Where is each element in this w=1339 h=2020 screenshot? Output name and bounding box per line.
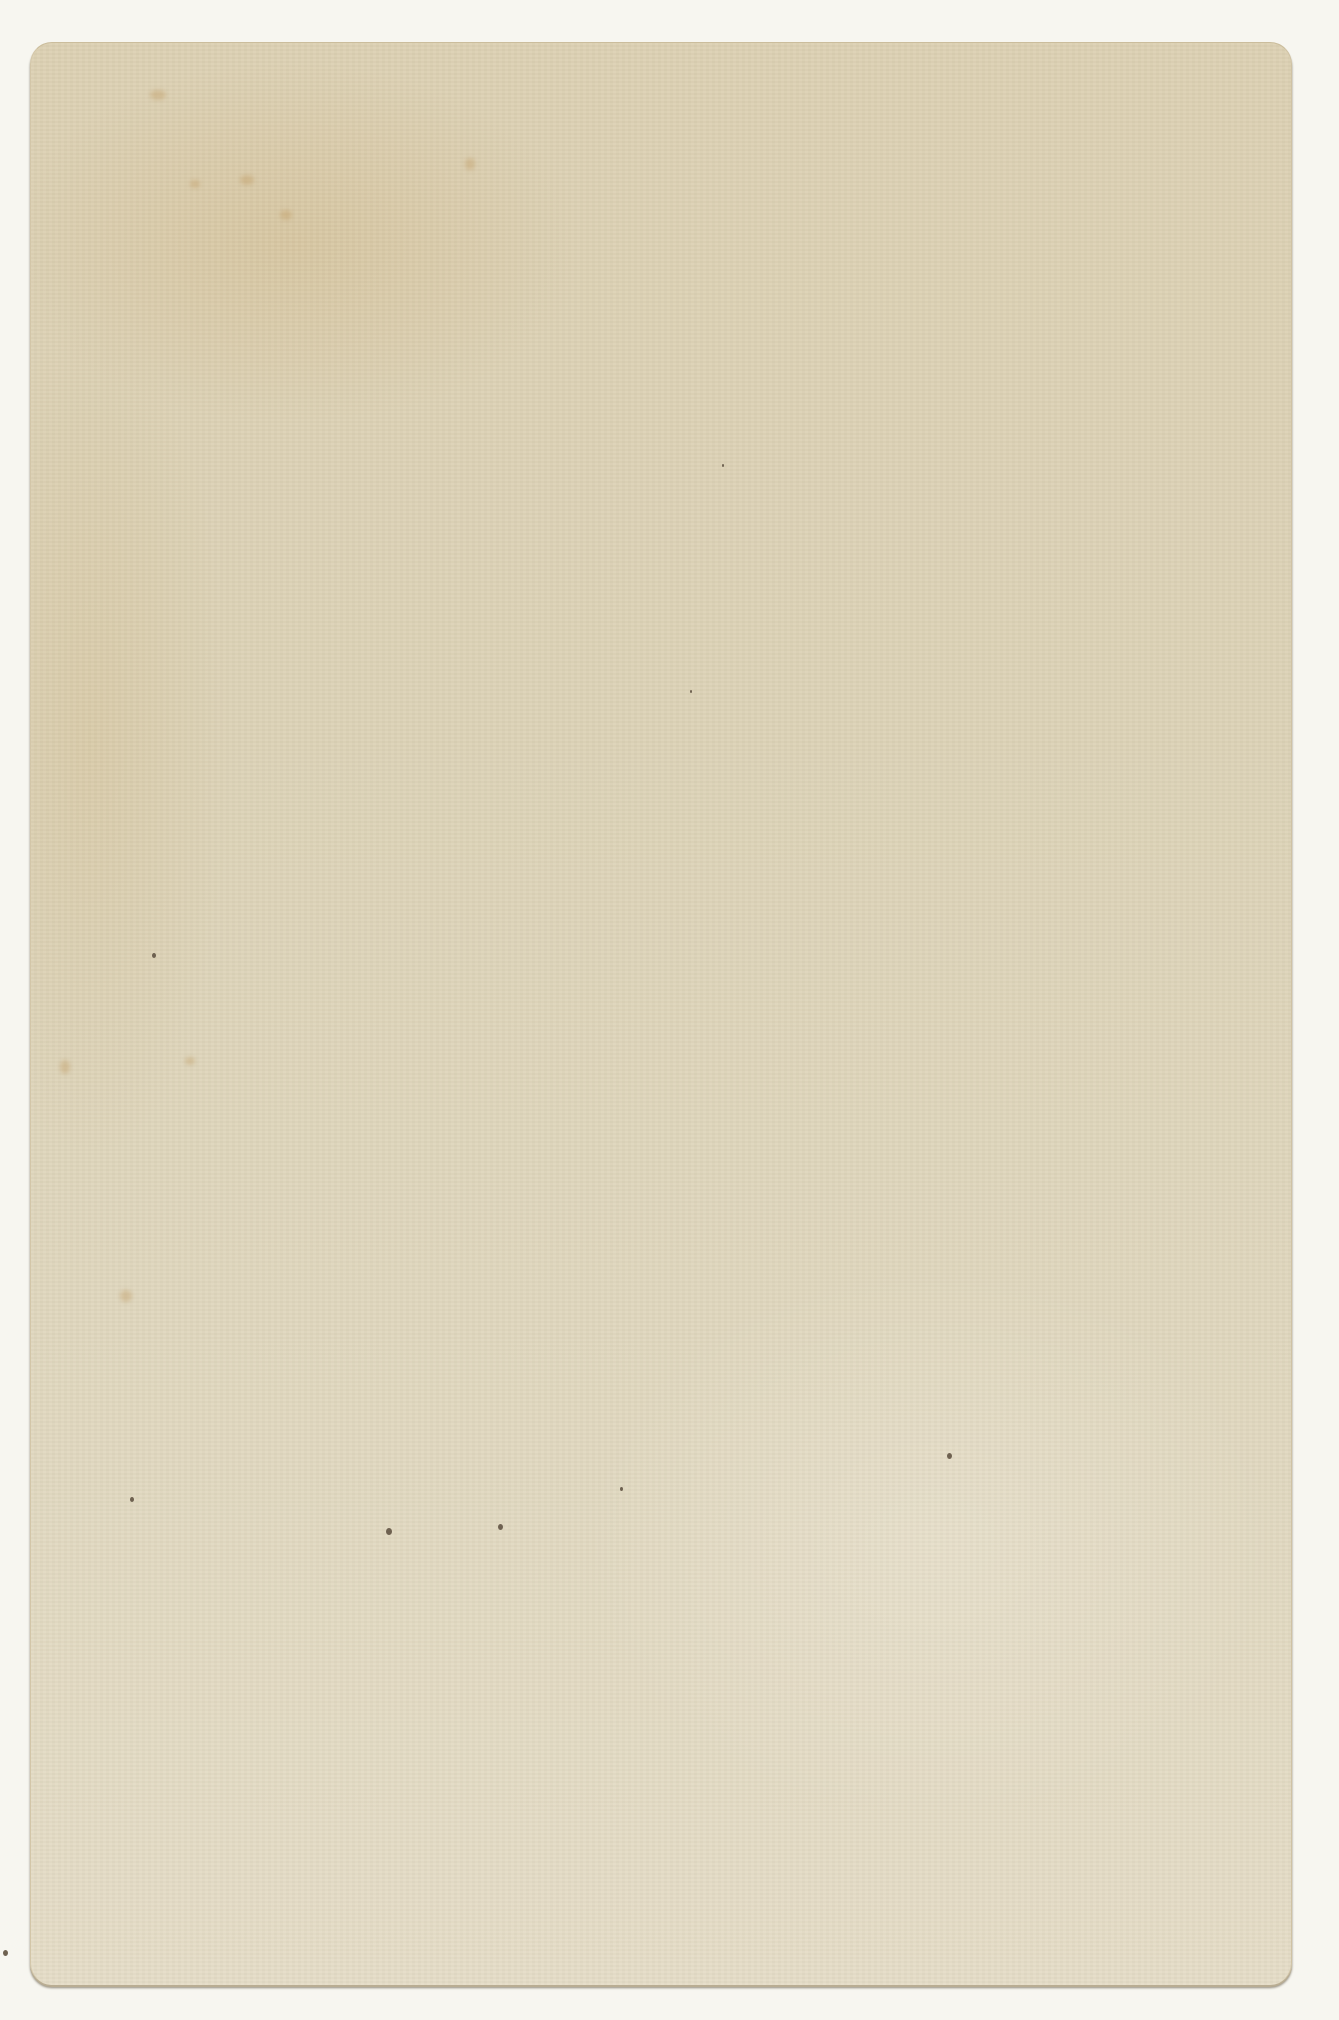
dust-speck [386,1528,392,1535]
dust-speck [3,1950,8,1956]
dust-speck [130,1497,134,1502]
dust-speck [947,1453,952,1459]
stain-mark [120,1290,132,1302]
dust-speck [690,690,692,693]
scan-background [0,0,1339,2020]
aged-card [30,42,1292,1985]
dust-speck [152,953,156,958]
dust-speck [498,1524,503,1530]
stain-mark [150,90,166,100]
stain-mark [60,1060,70,1074]
stain-mark [280,210,292,220]
stain-mark [465,158,475,170]
stain-mark [185,1057,195,1065]
stain-mark [240,175,254,185]
dust-speck [620,1487,623,1491]
stain-mark [190,180,200,188]
dust-speck [722,464,724,467]
